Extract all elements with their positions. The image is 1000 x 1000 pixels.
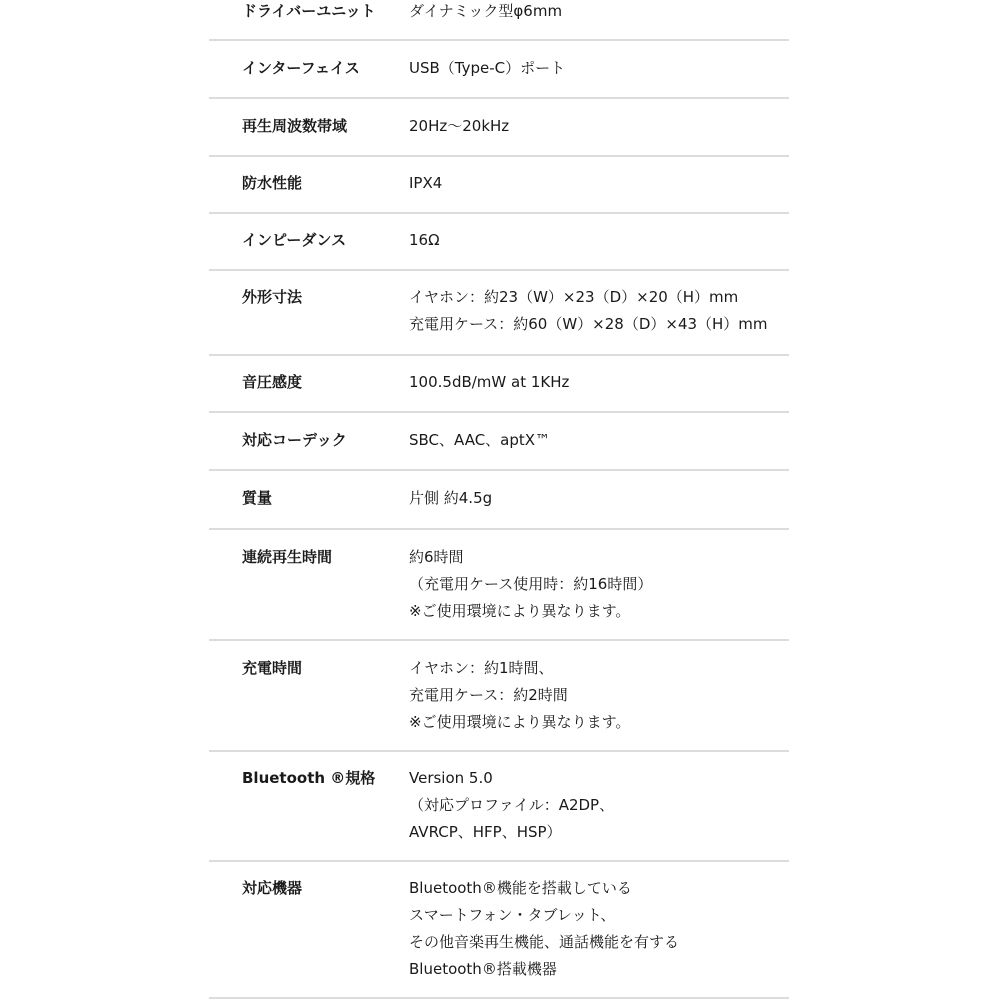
spec-value: Bluetooth®機能を搭載している スマートフォン・タブレット、 その他音楽…	[409, 875, 679, 983]
spec-value-line: ダイナミック型φ6mm	[409, 0, 562, 25]
spec-row-interface: インターフェイス USB（Type-C）ポート	[209, 41, 789, 99]
spec-value-line: ※ご使用環境により異なります。	[409, 709, 630, 736]
spec-row-weight: 質量 片側 約4.5g	[209, 471, 789, 530]
spec-row-compatible-devices: 対応機器 Bluetooth®機能を搭載している スマートフォン・タブレット、 …	[209, 862, 789, 999]
spec-value-line: 100.5dB/mW at 1KHz	[409, 369, 569, 396]
spec-value: 片側 約4.5g	[409, 485, 492, 512]
spec-value: Version 5.0 （対応プロファイル：A2DP、 AVRCP、HFP、HS…	[409, 765, 614, 846]
spec-label: 対応コーデック	[242, 427, 347, 454]
spec-value-line: スマートフォン・タブレット、	[409, 902, 679, 929]
spec-value-line: Bluetooth®搭載機器	[409, 956, 679, 983]
spec-value: 100.5dB/mW at 1KHz	[409, 369, 569, 396]
spec-label: 再生周波数帯域	[242, 113, 347, 140]
spec-value-line: 充電用ケース：約2時間	[409, 682, 630, 709]
spec-value: ダイナミック型φ6mm	[409, 0, 562, 25]
spec-row-codec: 対応コーデック SBC、AAC、aptX™	[209, 413, 789, 471]
spec-row-frequency-range: 再生周波数帯域 20Hz〜20kHz	[209, 99, 789, 157]
spec-label: 外形寸法	[242, 284, 302, 311]
spec-value-line: イヤホン：約23（W）×23（D）×20（H）mm	[409, 284, 768, 311]
spec-value: SBC、AAC、aptX™	[409, 427, 550, 454]
spec-value: 20Hz〜20kHz	[409, 113, 509, 140]
spec-label: 質量	[242, 485, 272, 512]
spec-value-line: 充電用ケース：約60（W）×28（D）×43（H）mm	[409, 311, 768, 338]
spec-value-line: AVRCP、HFP、HSP）	[409, 819, 614, 846]
spec-row-dimensions: 外形寸法 イヤホン：約23（W）×23（D）×20（H）mm 充電用ケース：約6…	[209, 271, 789, 356]
spec-row-charging-time: 充電時間 イヤホン：約1時間、 充電用ケース：約2時間 ※ご使用環境により異なり…	[209, 641, 789, 752]
spec-value-line: USB（Type-C）ポート	[409, 55, 565, 82]
spec-value: 16Ω	[409, 227, 440, 254]
spec-row-waterproof: 防水性能 IPX4	[209, 157, 789, 214]
spec-value-line: （充電用ケース使用時：約16時間）	[409, 571, 652, 598]
spec-row-bluetooth-spec: Bluetooth ®規格 Version 5.0 （対応プロファイル：A2DP…	[209, 752, 789, 862]
spec-value: USB（Type-C）ポート	[409, 55, 565, 82]
spec-row-sensitivity: 音圧感度 100.5dB/mW at 1KHz	[209, 356, 789, 413]
spec-value-line: SBC、AAC、aptX™	[409, 427, 550, 454]
spec-label: ドライバーユニット	[242, 0, 376, 25]
spec-value-line: （対応プロファイル：A2DP、	[409, 792, 614, 819]
spec-label: インピーダンス	[242, 227, 346, 254]
spec-value: IPX4	[409, 170, 442, 197]
spec-label: 充電時間	[242, 655, 302, 682]
spec-label: Bluetooth ®規格	[242, 765, 375, 792]
spec-label: 防水性能	[242, 170, 302, 197]
spec-value-line: IPX4	[409, 170, 442, 197]
spec-label: 音圧感度	[242, 369, 302, 396]
spec-row-playback-time: 連続再生時間 約6時間 （充電用ケース使用時：約16時間） ※ご使用環境により異…	[209, 530, 789, 641]
spec-label: 連続再生時間	[242, 544, 332, 571]
spec-value-line: 16Ω	[409, 227, 440, 254]
spec-value-line: Bluetooth®機能を搭載している	[409, 875, 679, 902]
spec-value-line: イヤホン：約1時間、	[409, 655, 630, 682]
spec-value-line: Version 5.0	[409, 765, 614, 792]
spec-value: イヤホン：約1時間、 充電用ケース：約2時間 ※ご使用環境により異なります。	[409, 655, 630, 736]
spec-label: 対応機器	[242, 875, 302, 902]
spec-value-line: ※ご使用環境により異なります。	[409, 598, 652, 625]
spec-row-impedance: インピーダンス 16Ω	[209, 214, 789, 271]
spec-label: インターフェイス	[242, 55, 360, 82]
spec-value: 約6時間 （充電用ケース使用時：約16時間） ※ご使用環境により異なります。	[409, 544, 652, 625]
spec-value-line: その他音楽再生機能、通話機能を有する	[409, 929, 679, 956]
spec-value: イヤホン：約23（W）×23（D）×20（H）mm 充電用ケース：約60（W）×…	[409, 284, 768, 338]
spec-row-driver-unit: ドライバーユニット ダイナミック型φ6mm	[209, 0, 789, 41]
spec-value-line: 片側 約4.5g	[409, 485, 492, 512]
spec-value-line: 20Hz〜20kHz	[409, 113, 509, 140]
spec-value-line: 約6時間	[409, 544, 652, 571]
